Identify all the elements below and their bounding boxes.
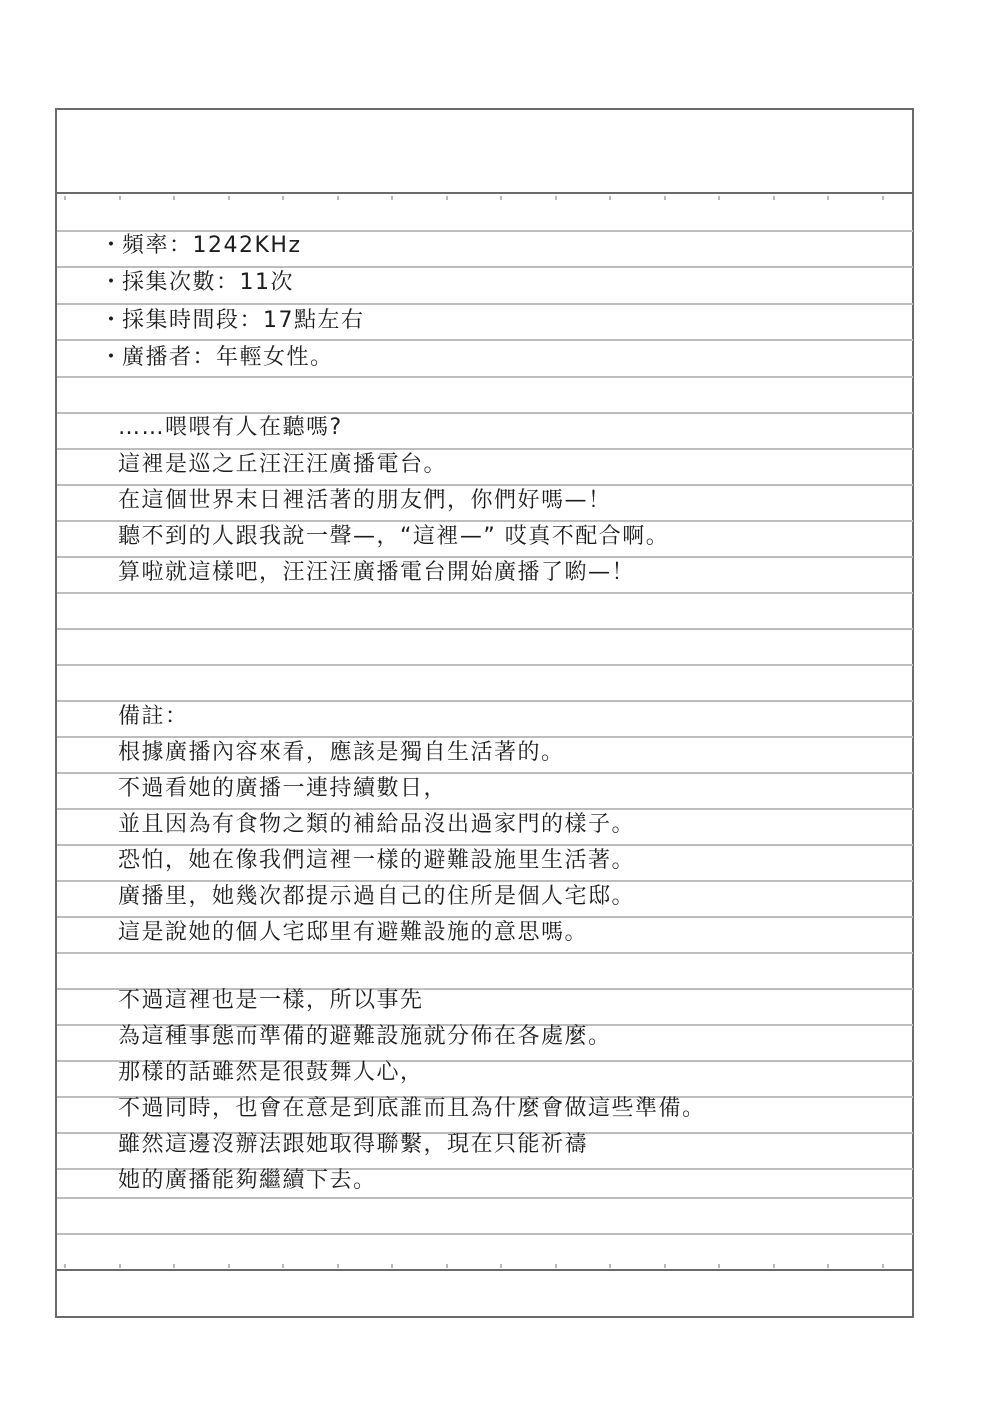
notes-line: 不過同時，也會在意是到底誰而且為什麼會做這些準備。 <box>118 1094 706 1124</box>
ruled-line <box>57 952 913 954</box>
transcript-line: ……喂喂有人在聽嗎? <box>118 413 343 443</box>
transcript-line: 聽不到的人跟我說一聲—，“這裡—” 哎真不配合啊。 <box>118 522 669 552</box>
notes-line: 恐怕，她在像我們這裡一樣的避難設施里生活著。 <box>118 846 635 876</box>
tick-mark <box>228 1264 230 1268</box>
tick-mark <box>664 196 666 200</box>
bullet-icon: ・ <box>100 268 122 298</box>
tick-mark <box>337 1264 339 1268</box>
tick-mark <box>64 1264 66 1268</box>
notes-heading: 備註： <box>118 702 189 732</box>
tick-mark <box>391 196 393 200</box>
tick-mark <box>173 1264 175 1268</box>
tick-mark <box>64 196 66 200</box>
tick-mark <box>827 1264 829 1268</box>
bullet-icon: ・ <box>100 343 122 373</box>
notes-line: 為這種事態而準備的避難設施就分佈在各處麼。 <box>118 1022 612 1052</box>
transcript-line: 這裡是巡之丘汪汪汪廣播電台。 <box>118 450 447 480</box>
tick-mark <box>773 1264 775 1268</box>
bullet-icon: ・ <box>100 231 122 261</box>
ruled-line <box>57 303 913 305</box>
tick-mark <box>773 196 775 200</box>
ruled-line <box>57 628 913 630</box>
notes-line: 根據廣播內容來看，應該是獨自生活著的。 <box>118 738 565 768</box>
notes-line: 她的廣播能夠繼續下去。 <box>118 1166 377 1196</box>
notes-line: 不過看她的廣播一連持續數日， <box>118 774 447 804</box>
footer-divider <box>55 1269 914 1271</box>
tick-mark <box>446 196 448 200</box>
notes-line: 那樣的話雖然是很鼓舞人心， <box>118 1058 424 1088</box>
notes-line: 雖然這邊沒辦法跟她取得聯繫，現在只能祈禱 <box>118 1130 588 1160</box>
info-item-time: ・採集時間段：17點左右 <box>100 306 365 336</box>
transcript-line: 在這個世界末日裡活著的朋友們，你們好嗎—！ <box>118 486 612 516</box>
tick-mark <box>173 196 175 200</box>
tick-mark <box>882 1264 884 1268</box>
ruled-line <box>57 592 913 594</box>
info-item-count: ・採集次數：11次 <box>100 268 294 298</box>
tick-mark <box>228 196 230 200</box>
tick-mark <box>609 1264 611 1268</box>
tick-mark <box>609 196 611 200</box>
tick-mark <box>718 1264 720 1268</box>
tick-mark <box>500 196 502 200</box>
tick-mark <box>446 1264 448 1268</box>
ruled-line <box>57 664 913 666</box>
tick-mark <box>282 196 284 200</box>
notes-line: 廣播里，她幾次都提示過自己的住所是個人宅邸。 <box>118 882 635 912</box>
notes-line: 並且因為有食物之類的補給品沒出過家門的樣子。 <box>118 810 635 840</box>
header-divider <box>55 192 914 194</box>
info-item-broadcaster: ・廣播者：年輕女性。 <box>100 343 334 373</box>
tick-mark <box>882 196 884 200</box>
notes-line: 這是說她的個人宅邸里有避難設施的意思嗎。 <box>118 918 588 948</box>
ruled-line <box>57 1197 913 1199</box>
tick-mark <box>119 196 121 200</box>
tick-mark <box>827 196 829 200</box>
transcript-line: 算啦就這樣吧，汪汪汪廣播電台開始廣播了喲—！ <box>118 558 635 588</box>
tick-mark <box>718 196 720 200</box>
ruled-line <box>57 376 913 378</box>
info-item-frequency: ・頻率：1242KHz <box>100 231 302 261</box>
tick-mark <box>337 196 339 200</box>
tick-mark <box>664 1264 666 1268</box>
tick-mark <box>119 1264 121 1268</box>
ruled-line <box>57 1233 913 1235</box>
tick-mark <box>500 1264 502 1268</box>
notes-line: 不過這裡也是一樣，所以事先 <box>118 986 424 1016</box>
tick-mark <box>391 1264 393 1268</box>
tick-mark <box>555 196 557 200</box>
ruled-line <box>57 339 913 341</box>
tick-mark <box>282 1264 284 1268</box>
bullet-icon: ・ <box>100 306 122 336</box>
tick-mark <box>555 1264 557 1268</box>
